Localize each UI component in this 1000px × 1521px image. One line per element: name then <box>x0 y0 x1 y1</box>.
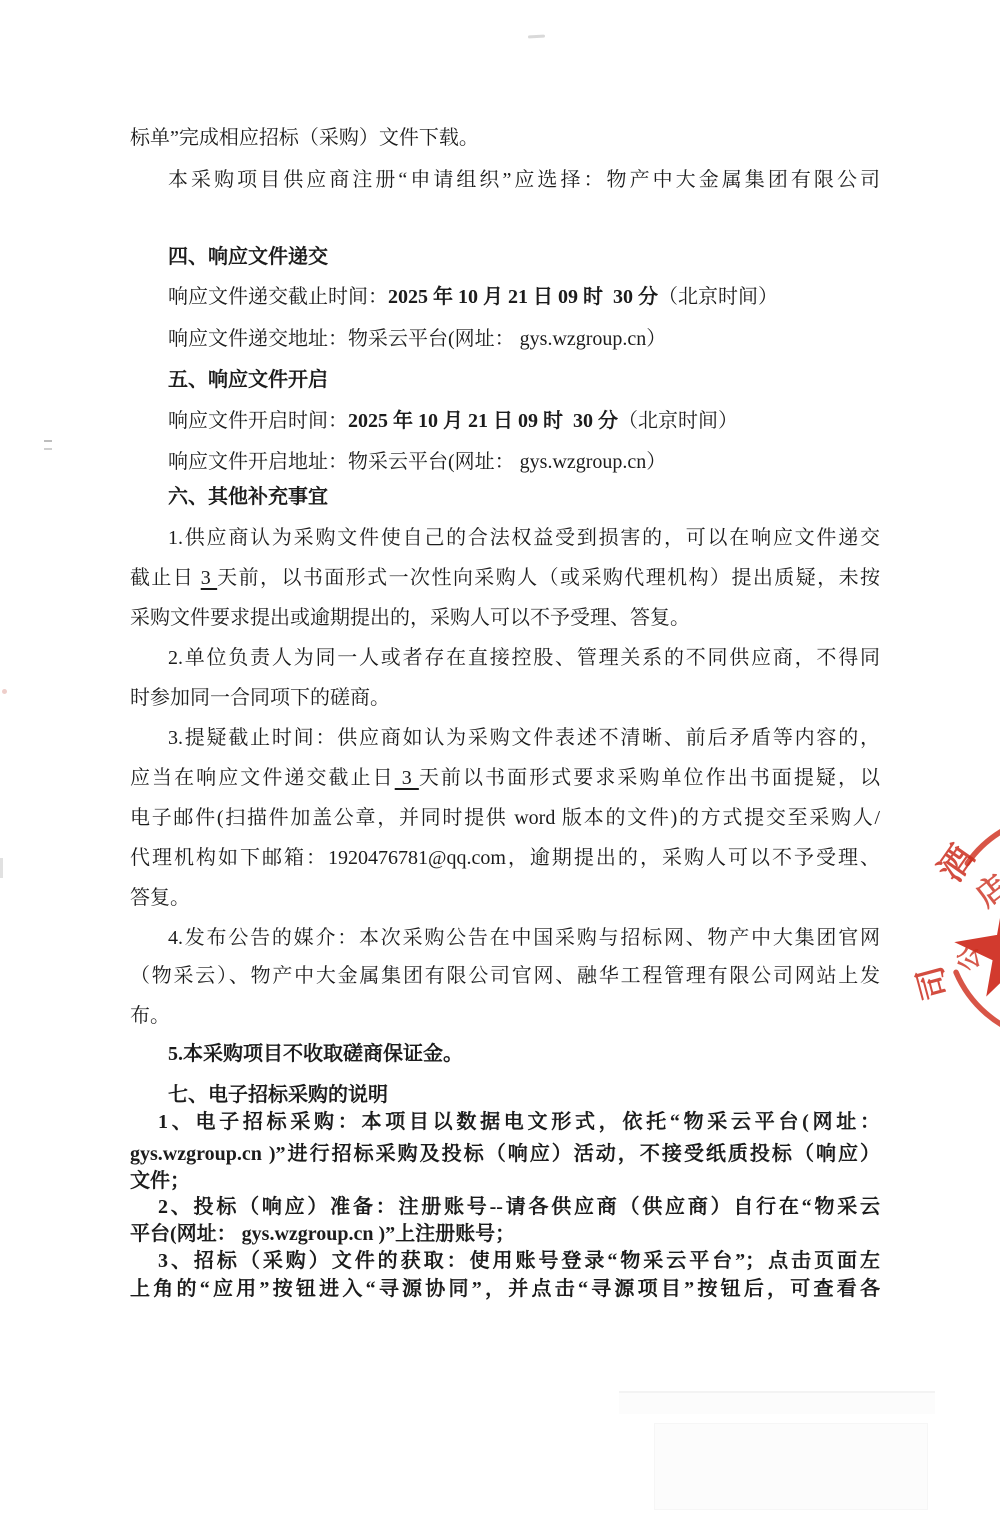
text-segment: 电子邮件(扫描件加盖公章，并同时提供 word 版本的文件)的方式提交至采购人/ <box>130 807 880 829</box>
text-segment: 截止日 <box>130 567 201 589</box>
red-seal-stamp: 酒 店 公 司 <box>920 780 1000 1065</box>
text-line: 答复。 <box>130 884 880 912</box>
scan-artifact-left-bar <box>0 858 3 878</box>
text-segment: 4.发布公告的媒介：本次采购公告在中国采购与招标网、物产中大集团官网 <box>168 927 880 949</box>
text-line: 七、电子招标采购的说明 <box>130 1081 880 1109</box>
text-segment: 文件； <box>130 1170 190 1192</box>
text-line: 时参加同一合同项下的磋商。 <box>130 684 880 712</box>
text-segment: 响应文件开启地址：物采云平台(网址： gys.wzgroup.cn） <box>168 451 666 473</box>
text-line: 平台(网址： gys.wzgroup.cn )”上注册账号； <box>130 1220 880 1248</box>
text-segment: 天前，以书面形式一次性向采购人（或采购代理机构）提出质疑，未按 <box>217 567 880 589</box>
text-line: 应当在响应文件递交截止日 3 天前以书面形式要求采购单位作出书面提疑，以 <box>130 764 880 792</box>
text-segment: 响应文件递交地址：物采云平台(网址： gys.wzgroup.cn） <box>168 328 666 350</box>
text-line: 布。 <box>130 1002 880 1030</box>
text-line: 1、电子招标采购：本项目以数据电文形式，依托“物采云平台(网址： <box>130 1108 880 1136</box>
text-line: （物采云）、物产中大金属集团有限公司官网、融华工程管理有限公司网站上发 <box>130 962 880 990</box>
text-line: 采购文件要求提出或逾期提出的，采购人可以不予受理、答复。 <box>130 604 880 632</box>
text-segment: 响应文件递交截止时间： <box>168 286 388 308</box>
text-line: 上角的“应用”按钮进入“寻源协同”，并点击“寻源项目”按钮后，可查看各 <box>130 1275 880 1303</box>
text-segment: 四、响应文件递交 <box>168 246 328 268</box>
text-segment: 布。 <box>130 1005 170 1027</box>
text-segment: 2、投标（响应）准备：注册账号--请各供应商（供应商）自行在“物采云 <box>158 1196 880 1218</box>
text-line: 响应文件开启时间：2025 年 10 月 21 日 09 时 30 分（北京时间… <box>130 407 880 435</box>
text-line: 响应文件递交地址：物采云平台(网址： gys.wzgroup.cn） <box>130 325 880 353</box>
text-line: 标单”完成相应招标（采购）文件下载。 <box>130 124 880 152</box>
text-segment: 五、响应文件开启 <box>168 369 328 391</box>
seal-char-jiu: 酒 <box>931 839 982 889</box>
text-line: 3.提疑截止时间：供应商如认为采购文件表述不清晰、前后矛盾等内容的， <box>130 724 880 752</box>
text-segment: （北京时间） <box>658 286 778 308</box>
text-segment: 5.本采购项目不收取磋商保证金。 <box>168 1043 463 1065</box>
text-line: 响应文件递交截止时间：2025 年 10 月 21 日 09 时 30 分（北京… <box>130 283 880 311</box>
text-line: 电子邮件(扫描件加盖公章，并同时提供 word 版本的文件)的方式提交至采购人/ <box>130 804 880 832</box>
text-segment: 1、电子招标采购：本项目以数据电文形式，依托“物采云平台(网址： <box>158 1111 880 1133</box>
text-segment: 响应文件开启时间： <box>168 410 348 432</box>
text-line: 1.供应商认为采购文件使自己的合法权益受到损害的，可以在响应文件递交 <box>130 524 880 552</box>
text-segment: 1.供应商认为采购文件使自己的合法权益受到损害的，可以在响应文件递交 <box>168 527 880 549</box>
text-segment: 2025 年 10 月 21 日 09 时 30 分 <box>348 410 618 432</box>
text-segment: gys.wzgroup.cn )”进行招标采购及投标（响应）活动，不接受纸质投标… <box>130 1143 880 1165</box>
text-segment: 七、电子招标采购的说明 <box>168 1084 388 1106</box>
scan-artifact-shade-bottom <box>654 1423 928 1510</box>
text-line: 文件； <box>130 1167 880 1195</box>
text-segment: 3 <box>395 767 419 789</box>
document-page: 标单”完成相应招标（采购）文件下载。本采购项目供应商注册“申请组织”应选择：物产… <box>0 0 1000 1521</box>
text-segment: 天前以书面形式要求采购单位作出书面提疑，以 <box>419 767 880 789</box>
text-segment: 采购文件要求提出或逾期提出的，采购人可以不予受理、答复。 <box>130 607 690 629</box>
text-line: 四、响应文件递交 <box>130 243 880 271</box>
text-line: 代理机构如下邮箱：1920476781@qq.com，逾期提出的，采购人可以不予… <box>130 844 880 872</box>
text-line: 2、投标（响应）准备：注册账号--请各供应商（供应商）自行在“物采云 <box>130 1193 880 1221</box>
text-line: 响应文件开启地址：物采云平台(网址： gys.wzgroup.cn） <box>130 448 880 476</box>
text-segment: 应当在响应文件递交截止日 <box>130 767 395 789</box>
seal-char-gong: 公 <box>956 946 984 972</box>
text-segment: （物采云）、物产中大金属集团有限公司官网、融华工程管理有限公司网站上发 <box>130 965 880 987</box>
text-line: 六、其他补充事宜 <box>130 483 880 511</box>
text-segment: （北京时间） <box>618 410 738 432</box>
text-line: 五、响应文件开启 <box>130 366 880 394</box>
text-segment: 2025 年 10 月 21 日 09 时 30 分 <box>388 286 658 308</box>
text-line: 本采购项目供应商注册“申请组织”应选择：物产中大金属集团有限公司 <box>130 166 880 194</box>
seal-char-dian: 店 <box>970 869 1000 913</box>
text-segment: 代理机构如下邮箱：1920476781@qq.com，逾期提出的，采购人可以不予… <box>130 847 880 869</box>
text-line: 4.发布公告的媒介：本次采购公告在中国采购与招标网、物产中大集团官网 <box>130 924 880 952</box>
text-line: gys.wzgroup.cn )”进行招标采购及投标（响应）活动，不接受纸质投标… <box>130 1140 880 1168</box>
text-segment: 平台(网址： gys.wzgroup.cn )”上注册账号； <box>130 1223 515 1245</box>
text-line: 2.单位负责人为同一人或者存在直接控股、管理关系的不同供应商，不得同 <box>130 644 880 672</box>
scan-artifact-shade-top <box>619 1391 935 1414</box>
text-segment: 答复。 <box>130 887 190 909</box>
text-segment: 3.提疑截止时间：供应商如认为采购文件表述不清晰、前后矛盾等内容的， <box>168 727 880 749</box>
text-segment: 本采购项目供应商注册“申请组织”应选择：物产中大金属集团有限公司 <box>168 169 880 191</box>
scan-artifact-pink-dot <box>2 689 7 694</box>
text-segment: 标单”完成相应招标（采购）文件下载。 <box>130 127 479 149</box>
text-segment: 时参加同一合同项下的磋商。 <box>130 687 390 709</box>
text-line: 5.本采购项目不收取磋商保证金。 <box>130 1040 880 1068</box>
text-segment: 上角的“应用”按钮进入“寻源协同”，并点击“寻源项目”按钮后，可查看各 <box>130 1278 880 1300</box>
text-line: 3、招标（采购）文件的获取：使用账号登录“物采云平台”；点击页面左 <box>130 1247 880 1275</box>
text-segment: 六、其他补充事宜 <box>168 486 328 508</box>
text-segment: 3、招标（采购）文件的获取：使用账号登录“物采云平台”；点击页面左 <box>158 1250 880 1272</box>
text-line: 截止日 3 天前，以书面形式一次性向采购人（或采购代理机构）提出质疑，未按 <box>130 564 880 592</box>
document-body: 标单”完成相应招标（采购）文件下载。本采购项目供应商注册“申请组织”应选择：物产… <box>0 0 1000 1521</box>
text-segment: 2.单位负责人为同一人或者存在直接控股、管理关系的不同供应商，不得同 <box>168 647 880 669</box>
scan-artifact-left-marks <box>44 440 52 450</box>
text-segment: 3 <box>201 567 217 589</box>
